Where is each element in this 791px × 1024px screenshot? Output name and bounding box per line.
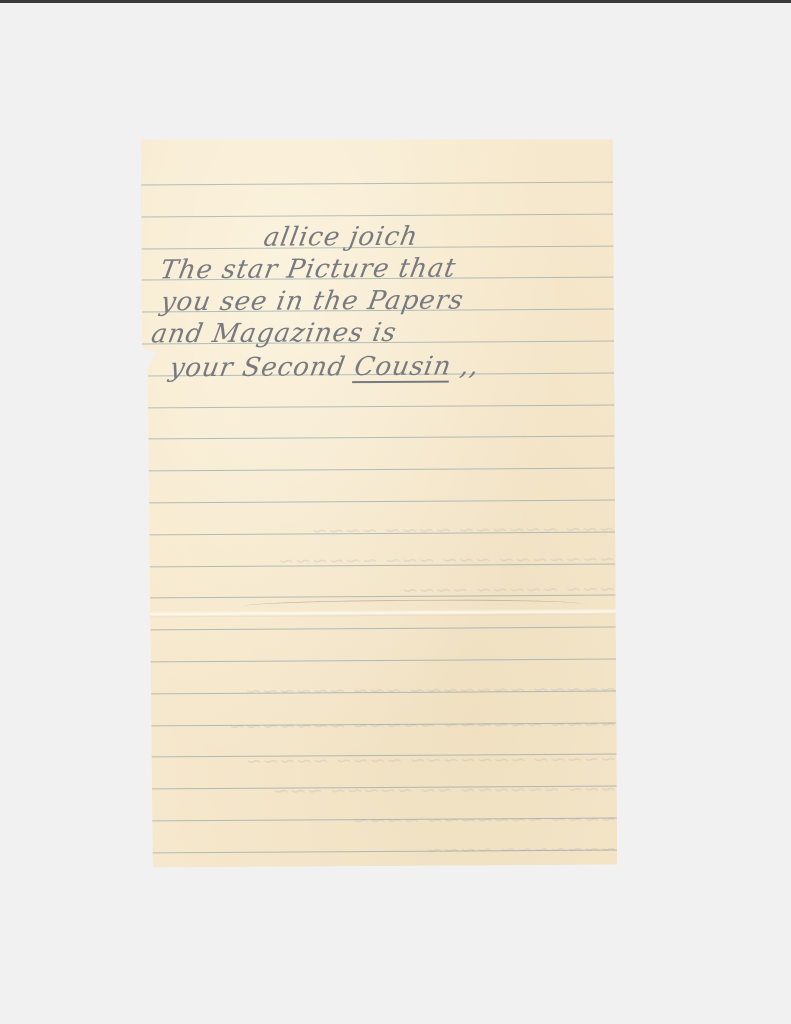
bleed-through-text: ~~~~ ~~~~~~~ ~~~~ bbox=[235, 807, 617, 833]
scanner-edge bbox=[0, 0, 791, 3]
ruled-line bbox=[143, 500, 615, 504]
handwritten-line-5: your Second Cousin ,, bbox=[167, 351, 481, 383]
ruled-line bbox=[144, 627, 616, 631]
ruled-line bbox=[144, 659, 616, 663]
handwritten-line-2: The star Picture that bbox=[158, 254, 459, 286]
bleed-through-text: ~~~~ ~~~~~~ ~~~~~ ~~~~~~~ bbox=[174, 712, 616, 739]
ruled-line bbox=[141, 182, 613, 186]
bleed-through-text: ~~~ ~~~~~~ ~~ ~~~~~ ~~~ bbox=[215, 777, 617, 803]
underlined-word: Cousin bbox=[352, 352, 454, 383]
handwritten-line-3: you see in the Papers bbox=[158, 285, 466, 317]
ruled-paper-sheet: ~~~ ~~~~~~ ~~~~ ~~~~ ~~~~~~~ ~~~ ~~~ ~~~… bbox=[141, 137, 617, 868]
bleed-through-text: ~~~ ~~~~~ ~~~~ bbox=[203, 577, 615, 604]
handwritten-text: your Second bbox=[167, 352, 357, 383]
handwritten-line-1: allice joich bbox=[261, 222, 420, 253]
bleed-through-text: ~~~ ~~~~~~ ~~~~ ~~~~ bbox=[183, 517, 615, 544]
bleed-through-text: ~~~~~~~ ~~~~ bbox=[265, 837, 617, 863]
ruled-lines bbox=[141, 137, 613, 140]
ruled-line bbox=[142, 404, 614, 408]
bleed-through-text: ~~~~~ ~~~~~~~ ~~~~ ~~~~~ bbox=[195, 747, 617, 774]
ruled-line bbox=[143, 468, 615, 472]
handwritten-line-4: and Magazines is bbox=[149, 318, 399, 350]
bleed-through-text: ~~~~~~~ ~~~ ~~~ ~~~~~~ bbox=[173, 547, 615, 574]
handwritten-message: allice joich The star Picture that you s… bbox=[141, 137, 613, 140]
ruled-line bbox=[143, 436, 615, 440]
bleed-through-text: ~~~~~ ~~~~~~~ ~~~ ~~~~~~ bbox=[184, 677, 616, 704]
ruled-line bbox=[141, 213, 613, 217]
handwritten-suffix: ,, bbox=[449, 351, 482, 381]
